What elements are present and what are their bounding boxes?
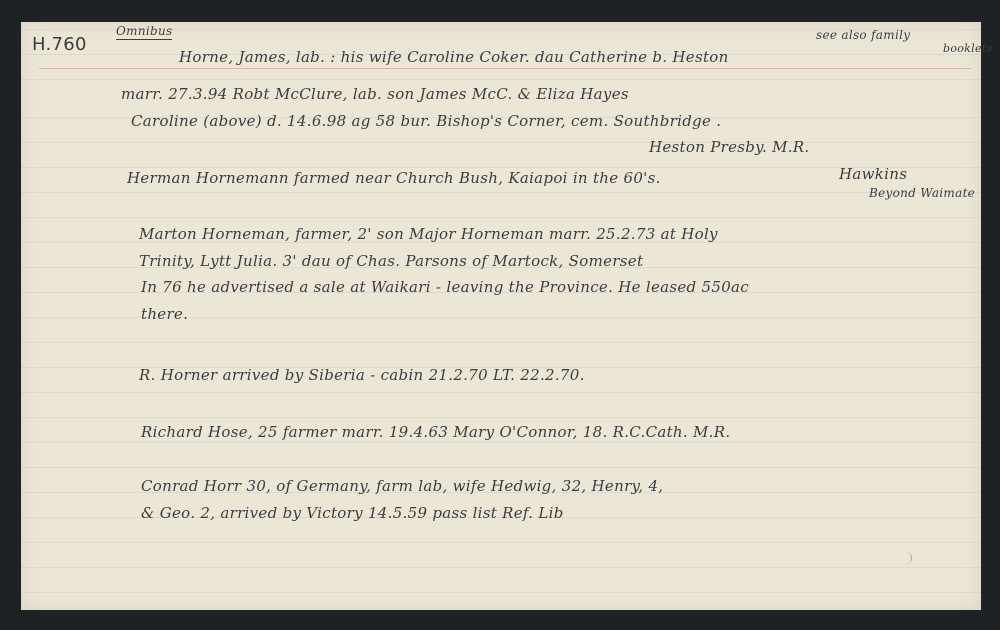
- ink-mark: [903, 552, 912, 564]
- entry-1-line-2: marr. 27.3.94 Robt McClure, lab. son Jam…: [121, 85, 629, 103]
- entry-5-line-1: Richard Hose, 25 farmer marr. 19.4.63 Ma…: [141, 423, 730, 441]
- note-line-1: see also family: [816, 28, 910, 42]
- entry-2-margin-note: Beyond Waimate: [869, 186, 975, 200]
- entry-3-line-1: Marton Horneman, farmer, 2' son Major Ho…: [139, 225, 718, 243]
- card-category: Omnibus: [116, 24, 172, 40]
- entry-3-line-2: Trinity, Lytt Julia. 3' dau of Chas. Par…: [139, 252, 643, 270]
- entry-1-line-3: Caroline (above) d. 14.6.98 ag 58 bur. B…: [131, 112, 721, 130]
- entry-1-line-1: Horne, James, lab. : his wife Caroline C…: [179, 48, 729, 66]
- entry-4-line-1: R. Horner arrived by Siberia - cabin 21.…: [139, 366, 585, 384]
- note-line-2: booklets: [943, 42, 992, 55]
- entry-3-line-4: there.: [141, 305, 188, 323]
- red-header-rule: [39, 68, 971, 69]
- index-card: H.760 Omnibus see also family booklets H…: [21, 22, 981, 610]
- card-reference: H.760: [32, 34, 87, 55]
- entry-1-line-4: Heston Presby. M.R.: [649, 138, 810, 156]
- entry-6-line-1: Conrad Horr 30, of Germany, farm lab, wi…: [141, 477, 663, 495]
- entry-3-line-3: In 76 he advertised a sale at Waikari - …: [141, 278, 749, 296]
- entry-6-line-2: & Geo. 2, arrived by Victory 14.5.59 pas…: [141, 504, 564, 522]
- entry-2-line-1: Herman Hornemann farmed near Church Bush…: [127, 169, 661, 187]
- entry-2-line-2: Hawkins: [839, 165, 907, 183]
